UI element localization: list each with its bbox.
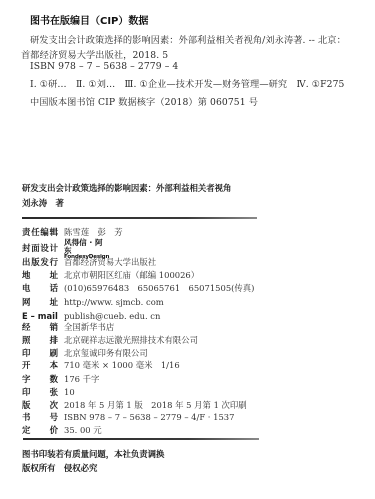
cip-heading: 图书在版编目（CIP）数据 [30,12,148,27]
info-label-char: 行 [50,256,58,268]
info-label-char: 版 [31,256,39,268]
info-label-char: 编 [40,226,48,238]
info-label: 网址 [22,296,58,308]
info-label-char: 设 [40,242,48,254]
info-value: 35. 00 元 [64,424,102,436]
info-label: 印刷 [22,347,58,359]
info-label-char: 责 [22,226,30,238]
logo-chinese-text: 风得信 · 阿东 [64,239,109,254]
info-value: 北京玺诚印务有限公司 [64,347,148,359]
info-value: 首都经济贸易大学出版社 [64,256,156,268]
info-label-char: 字 [22,373,30,385]
info-label-char: 网 [22,296,30,308]
info-label-char: 本 [50,359,58,371]
info-value: 陈雪莲 彭 芳 [64,226,123,238]
info-label-char: 面 [31,242,39,254]
info-value: 710 毫米 × 1000 毫米 1/16 [64,359,180,371]
info-value: 2018 年 5 月第 1 版 2018 年 5 月第 1 次印刷 [64,399,247,411]
info-label: 版次 [22,399,58,411]
book-author: 刘永涛 著 [22,197,64,209]
info-label-char: 址 [50,269,58,281]
info-value: (010)65976483 65065761 65071505(传真) [64,282,254,294]
info-label-char: 地 [22,269,30,281]
book-title: 研发支出会计政策选择的影响因素：外部利益相关者视角 [22,182,231,194]
cip-title-line: 研发支出会计政策选择的影响因素：外部利益相关者视角/刘永涛著. -- 北京： [30,32,346,46]
cip-isbn: ISBN 978 – 7 – 5638 – 2779 – 4 [30,61,178,72]
info-label-char: 封 [22,242,30,254]
info-value: 北京砚祥志远激光照排技术有限公司 [64,334,198,346]
info-label: 地址 [22,269,58,281]
cip-publisher-line: 首都经济贸易大学出版社，2018. 5 [21,47,168,61]
info-label-char: 销 [50,321,58,333]
info-label-char: 刷 [50,347,58,359]
copyright-notice: 版权所有 侵权必究 [22,462,97,474]
info-label-char: 印 [22,386,30,398]
info-label: 开本 [22,359,58,371]
info-label-char: 发 [40,256,48,268]
info-label: 经销 [22,321,58,333]
info-label-char: 开 [22,359,30,371]
info-label-char: 价 [50,424,58,436]
info-label: 出版发行 [22,256,58,268]
bottom-divider [23,438,259,440]
info-label-char: 排 [50,334,58,346]
info-value: 北京市朝阳区红庙（邮编 100026） [64,269,199,281]
info-label: 定价 [22,424,58,436]
info-value: 全国新华书店 [64,321,114,333]
info-label-char: 数 [50,373,58,385]
info-label-char: 定 [22,424,30,436]
info-label-char: 址 [50,296,58,308]
info-label-char: 出 [22,256,30,268]
info-value: http://www. sjmcb. com [64,296,164,308]
cip-classification: Ⅰ. ①研… Ⅱ. ①刘… Ⅲ. ①企业—技术开发—财务管理—研究 Ⅳ. ①F2… [30,76,344,90]
info-label: 字数 [22,373,58,385]
info-label-char: 照 [22,334,30,346]
info-label: 印张 [22,386,58,398]
info-label: 责任编辑 [22,226,58,238]
info-label-char: 次 [50,399,58,411]
info-label-char: 计 [50,242,58,254]
info-label-char: 张 [50,386,58,398]
info-value: 176 千字 [64,373,99,385]
cip-record-number: 中国版本图书馆 CIP 数据核字（2018）第 060751 号 [30,94,258,108]
top-divider [22,217,257,219]
info-label-char: 版 [22,399,30,411]
info-label: 照排 [22,334,58,346]
info-label: 书号 [22,411,58,423]
info-label: 电话 [22,282,58,294]
info-label: 封面设计 [22,242,58,254]
info-label-char: 经 [22,321,30,333]
info-label-char: 印 [22,347,30,359]
info-label-char: 书 [22,411,30,423]
quality-notice: 图书印装若有质量问题，本社负责调换 [22,448,164,460]
info-label-char: 话 [50,282,58,294]
info-label-char: 辑 [50,226,58,238]
info-label-char: 号 [50,411,58,423]
info-label-char: 任 [31,226,39,238]
info-label-char: 电 [22,282,30,294]
info-value: 10 [64,386,75,398]
info-value: ISBN 978 – 7 – 5638 – 2779 – 4/F · 1537 [64,411,234,423]
